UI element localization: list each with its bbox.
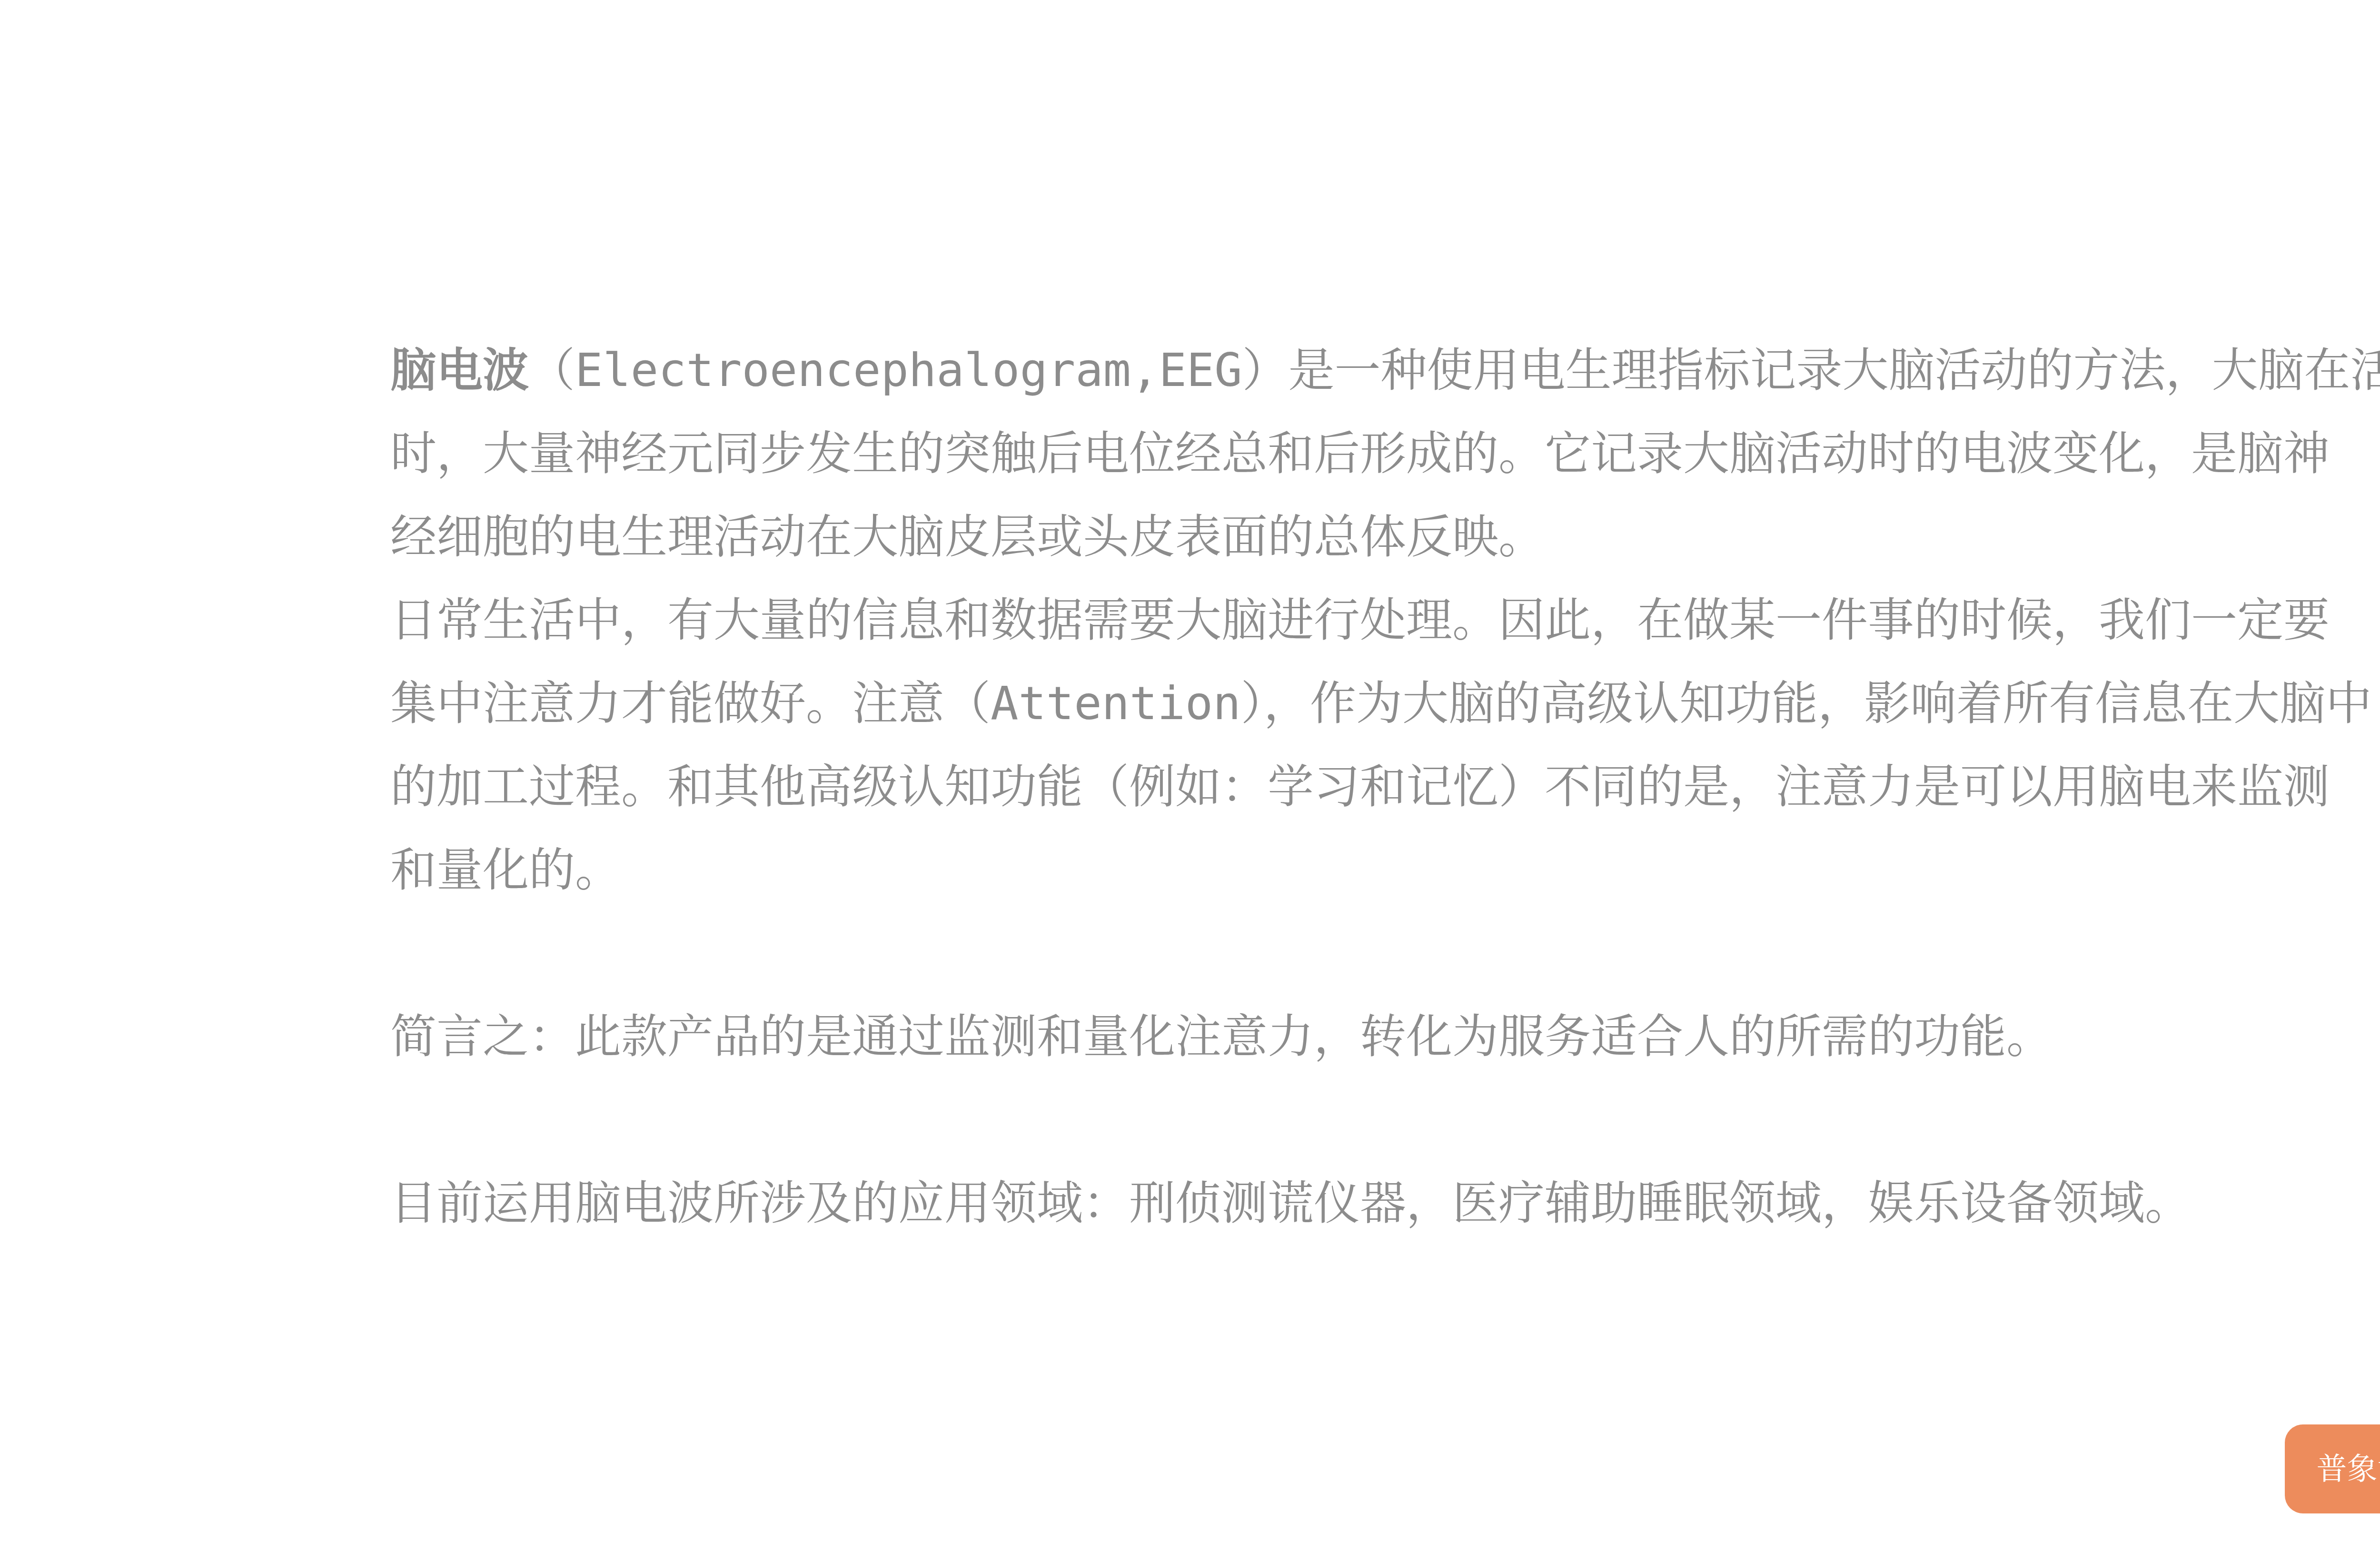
text-segment: 的加工过程。和其他高级认知功能（例如：学习和记忆）不同的是，注意力是可以用脑电来… bbox=[390, 760, 2330, 813]
text-segment: 日常生活中，有大量的信息和数据需要大脑进行处理。因此，在做某一件事的时候，我们一… bbox=[390, 593, 2330, 647]
text-segment: 目前运用脑电波所涉及的应用领域：刑侦测谎仪器，医疗辅助睡眠领域，娱乐设备领域。 bbox=[390, 1176, 2191, 1230]
text-segment: （Electroencephalogram,EEG）是一种使用电生理指标记录大脑… bbox=[529, 343, 2380, 397]
text-segment: 集中注意力才能做好。注意（Attention），作为大脑的高级认知功能，影响着所… bbox=[390, 676, 2372, 730]
text-line: 和量化的。 bbox=[390, 828, 2380, 911]
text-segment: 时，大量神经元同步发生的突触后电位经总和后形成的。它记录大脑活动时的电波变化，是… bbox=[390, 426, 2330, 480]
body-text-block: 脑电波（Electroencephalogram,EEG）是一种使用电生理指标记… bbox=[390, 328, 2380, 1245]
credit-badge-label: 普象设计学院——马赛Mars bbox=[2316, 1454, 2380, 1484]
text-line: 目前运用脑电波所涉及的应用领域：刑侦测谎仪器，医疗辅助睡眠领域，娱乐设备领域。 bbox=[390, 1161, 2380, 1245]
bold-term: 脑电波 bbox=[390, 343, 529, 397]
text-segment: 简言之：此款产品的是通过监测和量化注意力，转化为服务适合人的所需的功能。 bbox=[390, 1009, 2053, 1063]
paragraph-application-fields: 目前运用脑电波所涉及的应用领域：刑侦测谎仪器，医疗辅助睡眠领域，娱乐设备领域。 bbox=[390, 1161, 2380, 1245]
text-segment: 和量化的。 bbox=[390, 843, 621, 897]
paragraph-attention-explanation: 日常生活中，有大量的信息和数据需要大脑进行处理。因此，在做某一件事的时候，我们一… bbox=[390, 578, 2380, 911]
paragraph-product-summary: 简言之：此款产品的是通过监测和量化注意力，转化为服务适合人的所需的功能。 bbox=[390, 995, 2380, 1078]
text-line: 简言之：此款产品的是通过监测和量化注意力，转化为服务适合人的所需的功能。 bbox=[390, 995, 2380, 1078]
text-line: 集中注意力才能做好。注意（Attention），作为大脑的高级认知功能，影响着所… bbox=[390, 662, 2380, 745]
slide-canvas: 脑电波（Electroencephalogram,EEG）是一种使用电生理指标记… bbox=[0, 0, 2380, 1542]
credit-badge: 普象设计学院——马赛Mars bbox=[2285, 1424, 2380, 1513]
text-line: 经细胞的电生理活动在大脑皮层或头皮表面的总体反映。 bbox=[390, 495, 2380, 578]
text-line: 日常生活中，有大量的信息和数据需要大脑进行处理。因此，在做某一件事的时候，我们一… bbox=[390, 578, 2380, 662]
text-line: 的加工过程。和其他高级认知功能（例如：学习和记忆）不同的是，注意力是可以用脑电来… bbox=[390, 745, 2380, 828]
text-line: 时，大量神经元同步发生的突触后电位经总和后形成的。它记录大脑活动时的电波变化，是… bbox=[390, 412, 2380, 495]
text-line: 脑电波（Electroencephalogram,EEG）是一种使用电生理指标记… bbox=[390, 328, 2380, 412]
text-segment: 经细胞的电生理活动在大脑皮层或头皮表面的总体反映。 bbox=[390, 510, 1545, 563]
paragraph-eeg-definition: 脑电波（Electroencephalogram,EEG）是一种使用电生理指标记… bbox=[390, 328, 2380, 578]
